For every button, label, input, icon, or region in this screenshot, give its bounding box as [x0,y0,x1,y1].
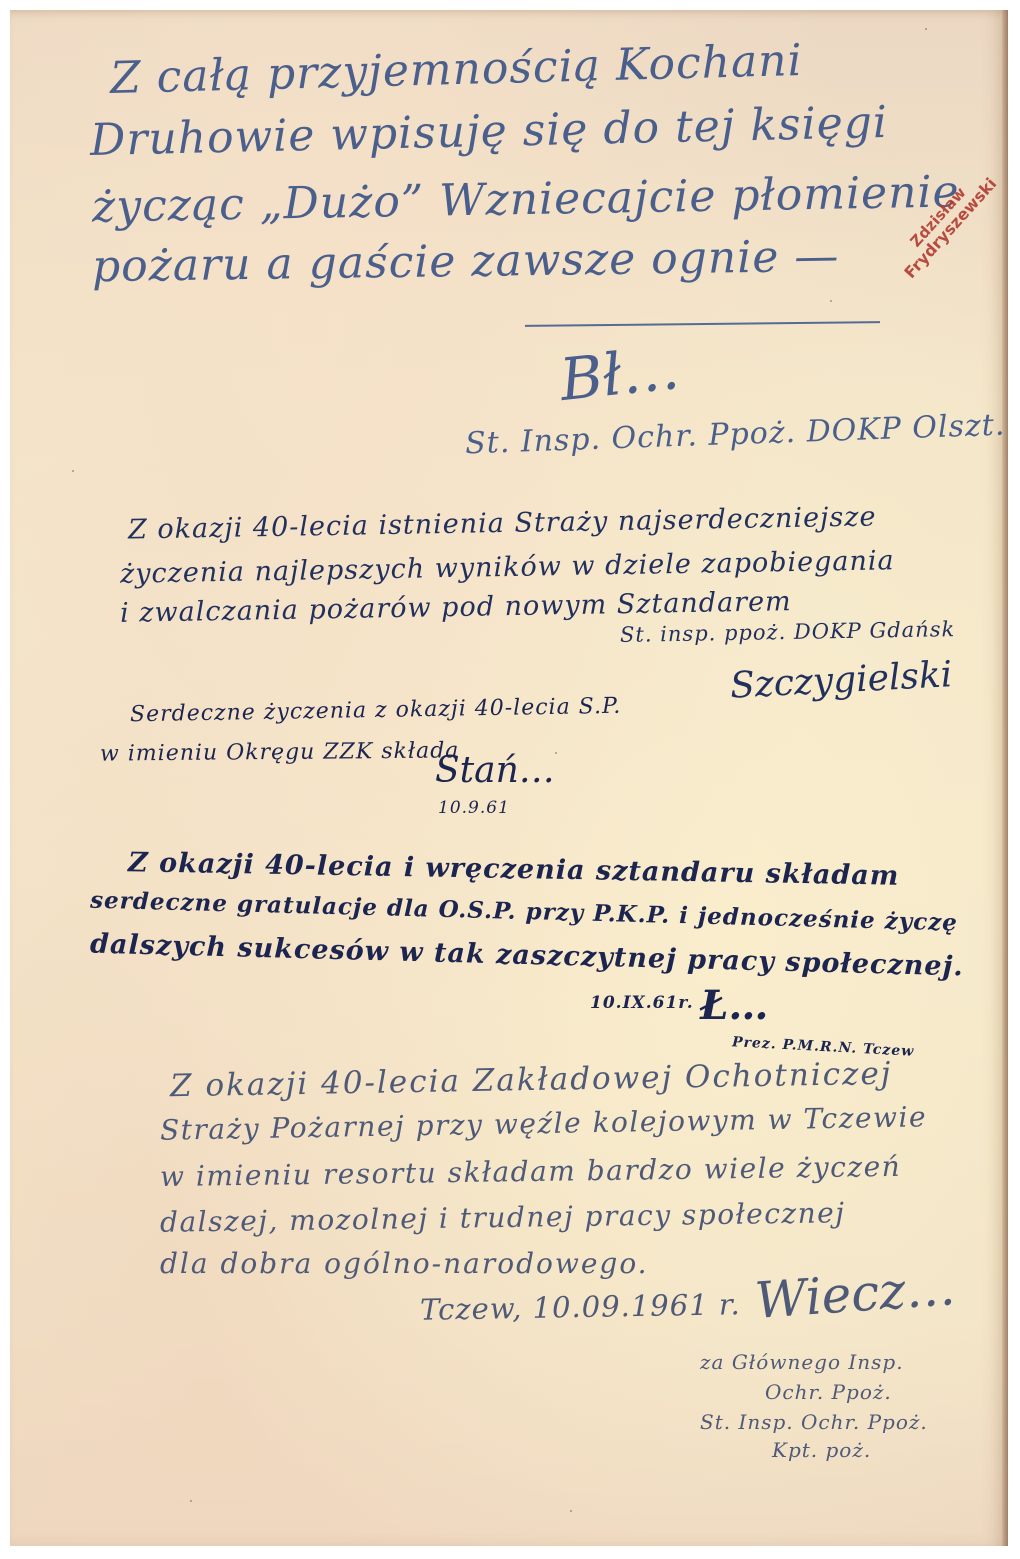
entry-4-signature: Ł… [700,982,768,1029]
paper-speck [72,470,74,472]
paper-speck [830,300,832,302]
page-edge-shadow [1002,10,1008,1546]
entry-1-underline [525,321,880,327]
entry-2-signature: Szczygielski [729,654,953,707]
paper-speck [555,752,557,754]
entry-5-title-line-3: St. Insp. Ochr. Ppoż. [700,1412,928,1432]
entry-3-signature: Stań… [435,750,555,791]
entry-4-line-1: Z okazji 40-lecia i wręczenia sztandaru … [128,849,900,889]
entry-1-line-4: pożaru a gaście zawsze ognie — [92,235,840,289]
entry-3-line-2: w imieniu Okręgu ZZK składa [100,740,460,765]
entry-2-title: St. insp. ppoż. DOKP Gdańsk [620,619,956,646]
paper-speck [190,1500,192,1502]
entry-4-date: 10.IX.61r. [590,995,694,1012]
entry-5-line-1: Z okazji 40-lecia Zakładowej Ochotniczej [170,1059,893,1103]
entry-3-date: 10.9.61 [438,800,510,817]
document-page: Z całą przyjemnością Kochani Druhowie wp… [10,10,1008,1546]
entry-5-title-line-2: Ochr. Ppoż. [765,1382,892,1402]
entry-5-signature: Wiecz… [753,1258,957,1330]
entry-5-title-line-4: Kpt. poż. [772,1440,871,1460]
entry-2-line-1: Z okazji 40-lecia istnienia Straży najse… [128,503,877,543]
entry-5-line-5: dla dobra ogólno-narodowego. [160,1250,649,1278]
entry-4-line-2: serdeczne gratulacje dla O.S.P. przy P.K… [90,889,958,935]
entry-1-signature: Bł… [557,334,683,414]
entry-3-line-1: Serdeczne życzenia z okazji 40-lecia S.P… [130,696,622,727]
entry-5-line-3: w imieniu resortu składam bardzo wiele ż… [160,1153,902,1191]
entry-1-line-1: Z całą przyjemnością Kochani [110,39,804,101]
entry-5-line-2: Straży Pożarnej przy węźle kolejowym w T… [160,1103,927,1144]
paper-speck [925,28,927,30]
entry-5-place-date: Tczew, 10.09.1961 r. [420,1290,741,1325]
entry-1-line-2: Druhowie wpisuję się do tej księgi [90,101,889,163]
entry-4-line-3: dalszych sukcesów w tak zaszczytnej prac… [90,931,964,981]
entry-5-line-4: dalszej, mozolnej i trudnej pracy społec… [160,1199,846,1237]
entry-2-line-2: życzenia najlepszych wyników w dziele za… [120,547,895,588]
entry-1-title: St. Insp. Ochr. Ppoż. DOKP Olszt. [465,411,1006,460]
paper-speck [570,1510,572,1512]
entry-1-line-3: życząc „Dużo” Wzniecajcie płomienie [92,170,960,229]
entry-5-title-line-1: za Głównego Insp. [700,1352,904,1372]
